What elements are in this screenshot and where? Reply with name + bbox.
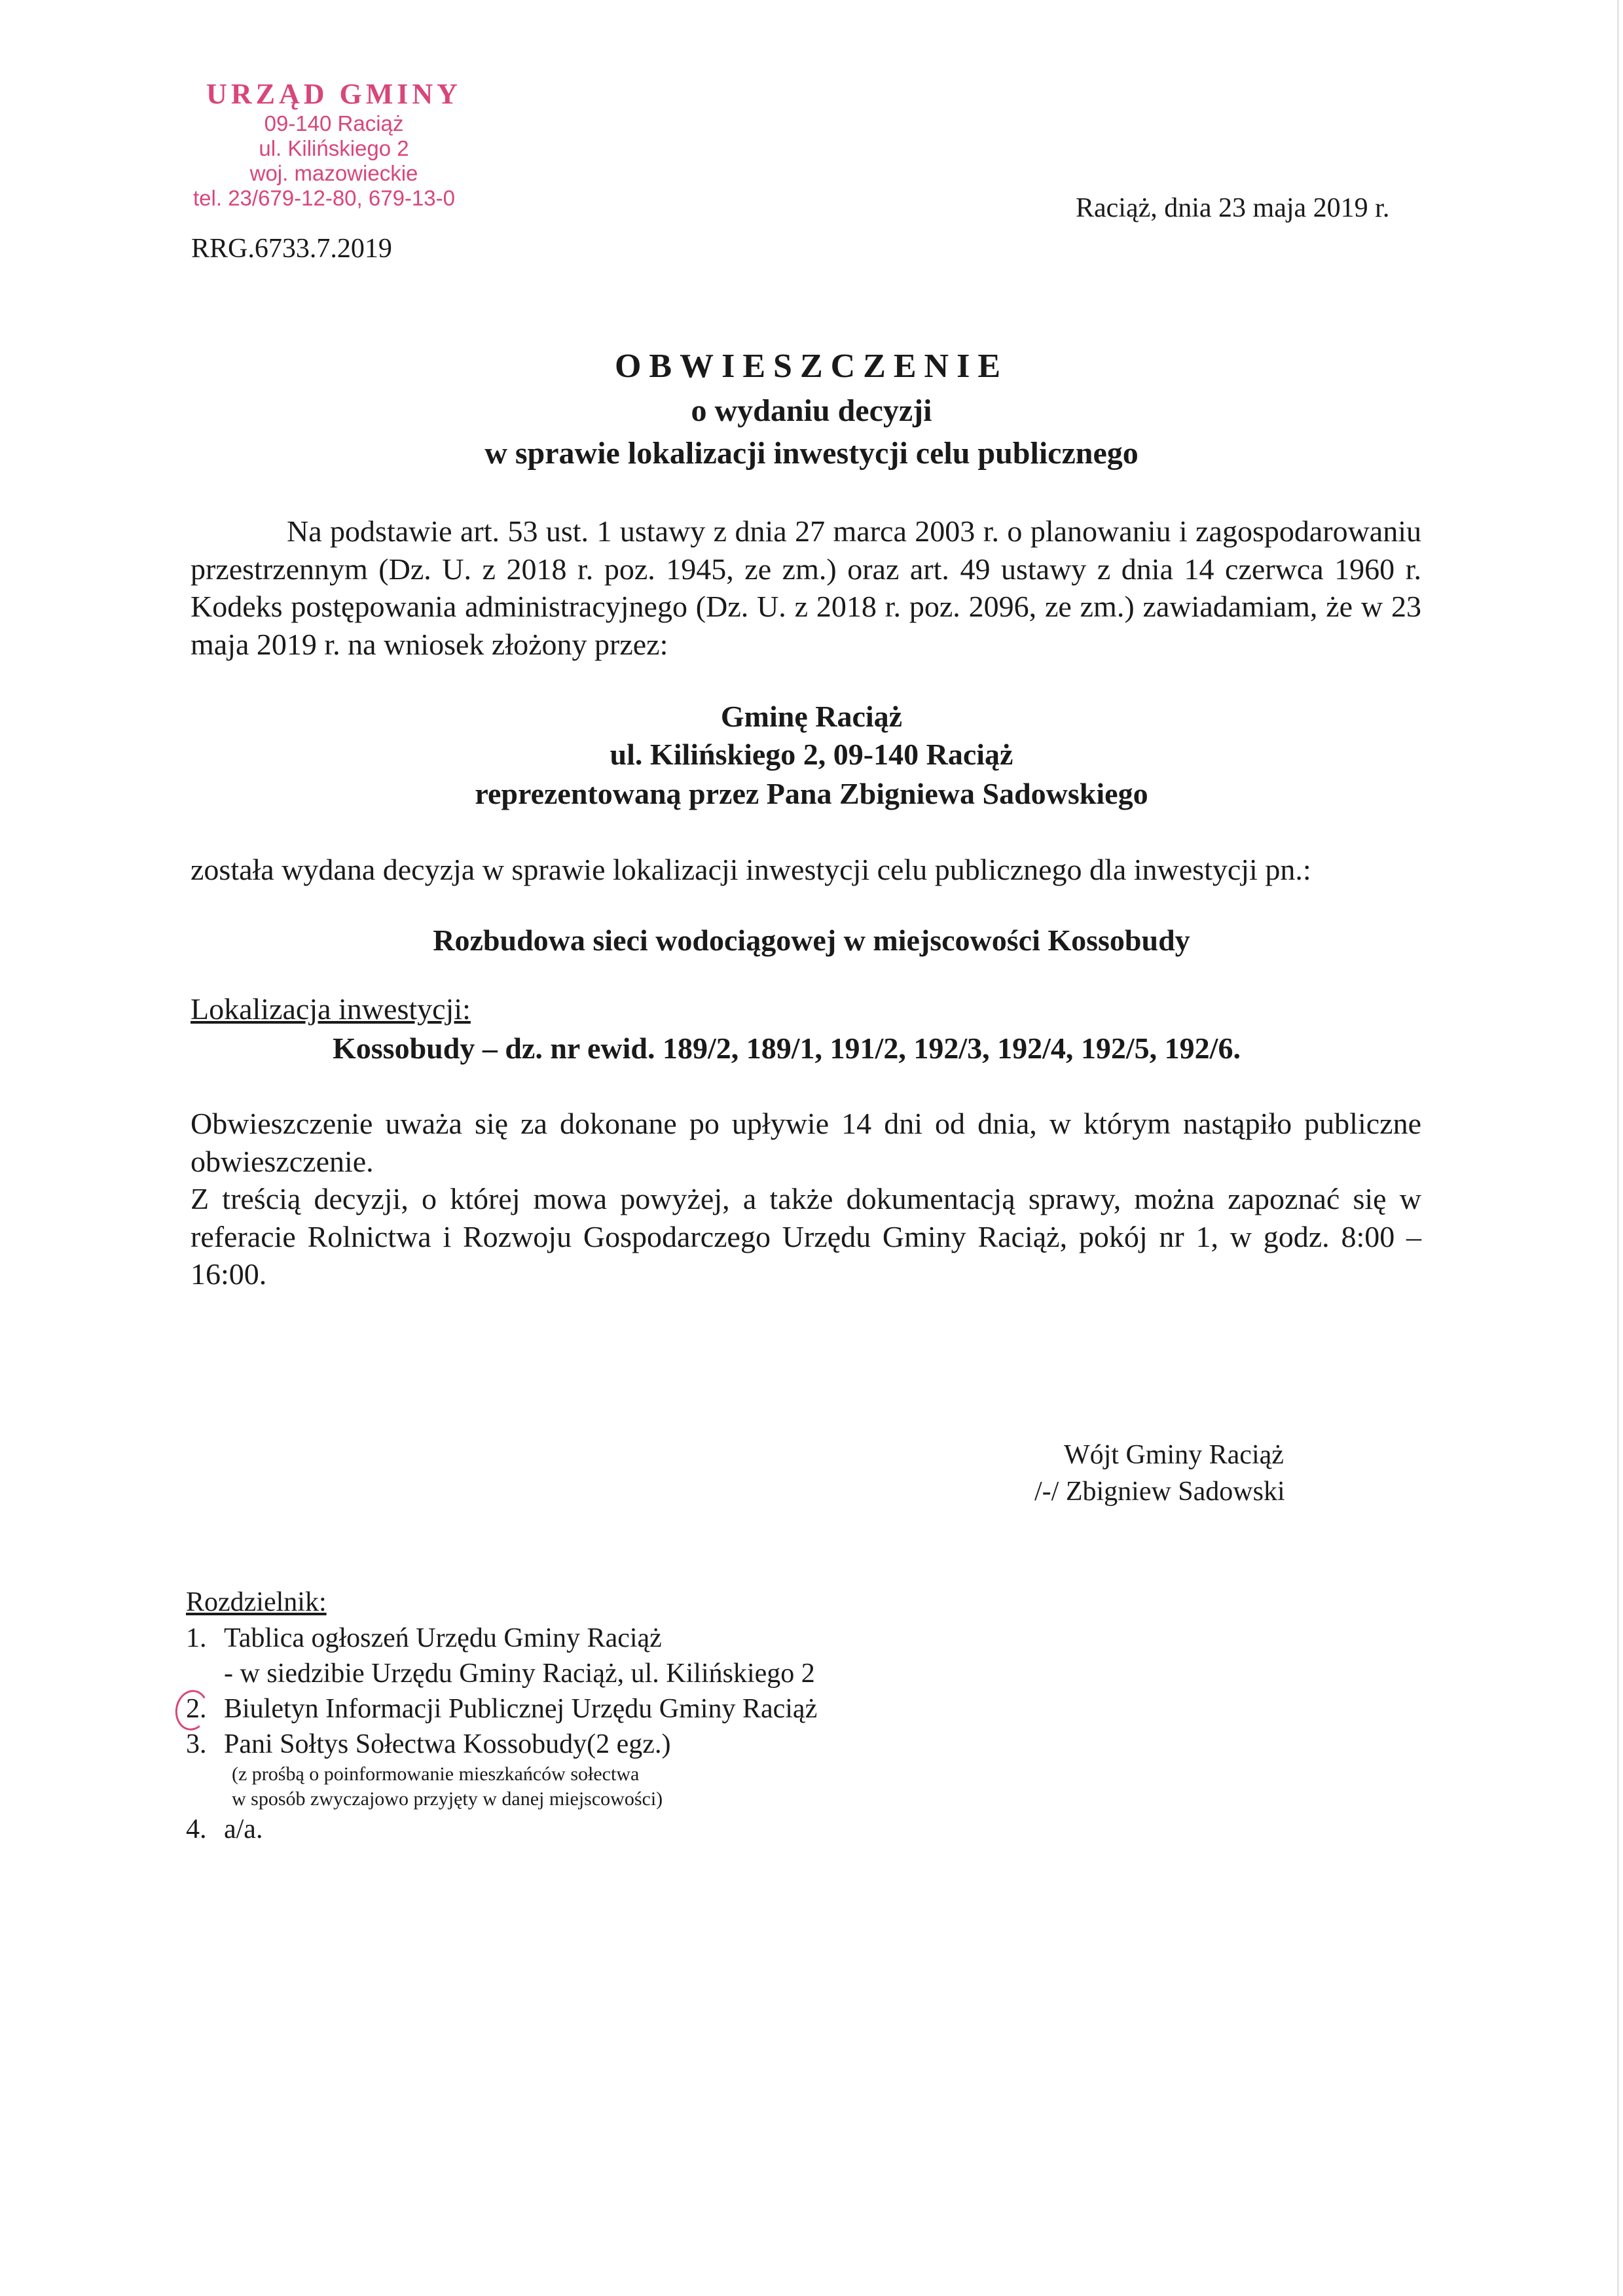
project-name: Rozbudowa sieci wodociągowej w miejscowo… — [0, 923, 1623, 958]
notice-inspection-text: Z treścią decyzji, o której mowa powyżej… — [191, 1180, 1421, 1293]
place-date: Raciąż, dnia 23 maja 2019 r. — [1076, 192, 1389, 224]
notice-effective-text: Obwieszczenie uważa się za dokonane po u… — [191, 1105, 1421, 1180]
document-title: OBWIESZCZENIE — [0, 347, 1623, 386]
signer-name: /-/ Zbigniew Sadowski — [1034, 1473, 1285, 1510]
scan-edge-line — [1617, 0, 1619, 2296]
list-item: 1.Tablica ogłoszeń Urzędu Gminy Raciąż — [186, 1621, 817, 1656]
list-item-number: 3. — [186, 1727, 224, 1762]
notice-paragraph: Obwieszczenie uważa się za dokonane po u… — [191, 1105, 1421, 1293]
list-item-text: a/a. — [224, 1814, 263, 1844]
applicant-address: ul. Kilińskiego 2, 09-140 Raciąż — [0, 737, 1623, 772]
stamp-line-postcode: 09-140 Raciąż — [196, 111, 471, 136]
list-item-note: (z prośbą o poinformowanie mieszkańców s… — [186, 1762, 817, 1787]
location-value: Kossobudy – dz. nr ewid. 189/2, 189/1, 1… — [333, 1031, 1241, 1066]
intro-paragraph: Na podstawie art. 53 ust. 1 ustawy z dni… — [191, 512, 1421, 663]
list-item-text: Biuletyn Informacji Publicznej Urzędu Gm… — [224, 1694, 817, 1724]
stamp-line-province: woj. mazowieckie — [196, 161, 471, 186]
signer-title: Wójt Gminy Raciąż — [1034, 1437, 1285, 1473]
office-stamp: URZĄD GMINY 09-140 Raciąż ul. Kilińskieg… — [196, 77, 471, 211]
intro-text: Na podstawie art. 53 ust. 1 ustawy z dni… — [191, 514, 1421, 661]
location-label: Lokalizacja inwestycji: — [191, 992, 471, 1026]
distribution-heading: Rozdzielnik: — [186, 1584, 817, 1621]
case-reference: RRG.6733.7.2019 — [191, 233, 392, 264]
distribution-list: Rozdzielnik: 1.Tablica ogłoszeń Urzędu G… — [186, 1584, 817, 1847]
list-item-subtext: - w siedzibie Urzędu Gminy Raciąż, ul. K… — [186, 1656, 817, 1691]
decision-issued-text: została wydana decyzja w sprawie lokaliz… — [191, 852, 1311, 887]
applicant-name: Gminę Raciąż — [0, 699, 1623, 734]
stamp-line-street: ul. Kilińskiego 2 — [196, 136, 471, 161]
document-subtitle-2: w sprawie lokalizacji inwestycji celu pu… — [0, 435, 1623, 471]
list-item: 4.a/a. — [186, 1812, 817, 1847]
stamp-line-phone: tel. 23/679-12-80, 679-13-0 — [177, 186, 471, 211]
list-item-text: Tablica ogłoszeń Urzędu Gminy Raciąż — [224, 1623, 662, 1653]
document-subtitle: o wydaniu decyzji — [0, 393, 1623, 429]
list-item-number: 4. — [186, 1812, 224, 1847]
list-item: 3.Pani Sołtys Sołectwa Kossobudy(2 egz.) — [186, 1727, 817, 1762]
list-item: 2.Biuletyn Informacji Publicznej Urzędu … — [186, 1691, 817, 1727]
applicant-representative: reprezentowaną przez Pana Zbigniewa Sado… — [0, 776, 1623, 811]
list-item-number: 1. — [186, 1621, 224, 1656]
signature-block: Wójt Gminy Raciąż /-/ Zbigniew Sadowski — [1034, 1437, 1285, 1510]
list-item-text: Pani Sołtys Sołectwa Kossobudy(2 egz.) — [224, 1729, 670, 1759]
stamp-title: URZĄD GMINY — [196, 77, 471, 111]
list-item-note: w sposób zwyczajowo przyjęty w danej mie… — [186, 1787, 817, 1812]
